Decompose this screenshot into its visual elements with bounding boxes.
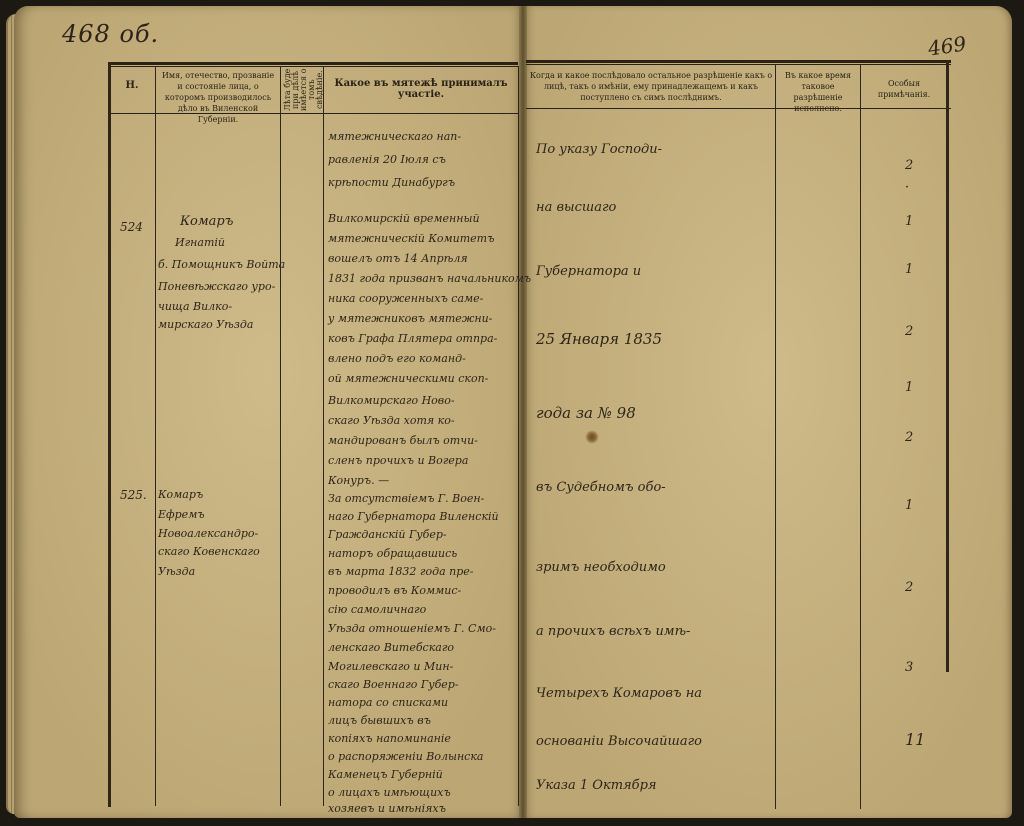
column-divider <box>280 66 281 806</box>
remark-mark: · <box>905 180 909 195</box>
header-top-rule-right <box>526 60 951 63</box>
carryover-line: крѣпости Динабургъ <box>328 176 518 189</box>
participation-line: сію самоличнаго <box>328 603 518 616</box>
column-divider <box>323 66 324 806</box>
resolution-line: зримъ необходимо <box>536 560 666 575</box>
remark-mark: 2 <box>905 324 913 339</box>
ink-stain <box>585 430 599 444</box>
entry-number: 524 <box>120 220 143 234</box>
participation-line: натора со списками <box>328 696 518 709</box>
participation-line: мандированъ былъ отчи- <box>328 434 518 447</box>
entry-name-line: чища Вилко- <box>158 300 232 313</box>
participation-line: у мятежниковъ мятежни- <box>328 312 518 325</box>
entry-name-line: Ефремъ <box>158 508 205 521</box>
entry-name-line: мирскаго Уѣзда <box>158 318 253 331</box>
remark-mark: 1 <box>905 262 913 277</box>
table-border-left <box>108 62 111 807</box>
header-bottom-rule-right <box>526 108 951 109</box>
participation-line: въ марта 1832 года пре- <box>328 565 518 578</box>
header-age: Лѣта буде при дѣлѣ имѣется о томъ свѣдѣн… <box>284 68 320 112</box>
entry-name-line: Комаръ <box>158 488 203 501</box>
remark-mark: 1 <box>905 498 913 513</box>
entry-name-line: скаго Ковенскаго <box>158 545 260 558</box>
participation-line: лицъ бывшихъ въ <box>328 714 518 727</box>
open-ledger-book: 468 об. 469 Н. Имя, отечество, прозваніе… <box>0 0 1024 826</box>
remark-mark: 1 <box>905 380 913 395</box>
participation-line: вошелъ отъ 14 Апрѣля <box>328 252 518 265</box>
participation-line: Вилкомирскаго Ново- <box>328 394 518 407</box>
participation-line: хозяевъ и имѣніяхъ <box>328 802 518 815</box>
participation-line: Уѣзда отношеніемъ Г. Смо- <box>328 622 518 635</box>
remark-mark: 2 <box>905 430 913 445</box>
remark-mark: 2 <box>905 580 913 595</box>
remark-mark: 3 <box>905 660 913 675</box>
column-divider <box>518 66 519 806</box>
participation-line: Могилевскаго и Мин- <box>328 660 518 673</box>
participation-line: Каменецъ Губерній <box>328 768 518 781</box>
participation-line: Гражданскій Губер- <box>328 528 518 541</box>
entry-name-line: Новоалександро- <box>158 527 258 540</box>
resolution-line: на высшаго <box>536 200 616 215</box>
entry-name-line: б. Помощникъ Войта <box>158 258 285 271</box>
entry-name-line: Комаръ <box>180 214 233 229</box>
participation-line: скаго Уѣзда хотя ко- <box>328 414 518 427</box>
participation-line: влено подъ его команд- <box>328 352 518 365</box>
header-participation: Какое въ мятежѣ принималъ участіе. <box>326 78 516 100</box>
resolution-line: Четырехъ Комаровъ на <box>536 686 702 701</box>
remark-mark: 11 <box>905 730 925 749</box>
header-number: Н. <box>110 80 154 91</box>
participation-line: За отсутствіемъ Г. Воен- <box>328 492 518 505</box>
header-top-rule-left <box>108 62 518 65</box>
participation-line: о лицахъ имѣющихъ <box>328 786 518 799</box>
participation-line: наго Губернатора Виленскій <box>328 510 518 523</box>
book-spine <box>519 6 527 818</box>
resolution-line: а прочихъ всѣхъ имѣ- <box>536 624 690 639</box>
resolution-line: года за № 98 <box>536 404 636 422</box>
column-divider <box>155 66 156 806</box>
participation-line: наторъ обращавшись <box>328 547 518 560</box>
entry-name-line: Игнатій <box>175 236 225 249</box>
participation-line: копіяхъ напоминаніе <box>328 732 518 745</box>
resolution-line: Губернатора и <box>536 264 641 279</box>
header-resolution: Когда и какое послѣдовало остальное разр… <box>528 70 774 103</box>
participation-line: проводилъ въ Коммис- <box>328 584 518 597</box>
header-name: Имя, отечество, прозваніе и состояніе ли… <box>158 70 278 125</box>
participation-line: ой мятежническими скоп- <box>328 372 518 385</box>
participation-line: Конуръ. — <box>328 474 518 487</box>
entry-name-line: Уѣзда <box>158 565 195 578</box>
participation-line: ленскаго Витебскаго <box>328 641 518 654</box>
table-border-right <box>946 60 949 672</box>
carryover-line: мятежническаго нап- <box>328 130 518 143</box>
resolution-line: Указа 1 Октября <box>536 778 657 793</box>
column-divider <box>775 64 776 809</box>
participation-line: ковъ Графа Плятера отпра- <box>328 332 518 345</box>
resolution-line: По указу Господи- <box>536 142 662 157</box>
entry-number: 525. <box>120 488 147 502</box>
participation-line: ника сооруженныхъ саме- <box>328 292 518 305</box>
entry-name-line: Поневѣжскаго уро- <box>158 280 275 293</box>
resolution-line: въ Судебномъ обо- <box>536 480 666 495</box>
column-divider <box>860 64 861 809</box>
header-top-rule-right-thin <box>526 64 951 65</box>
header-remarks: Особыя примѣчанія. <box>862 78 946 100</box>
header-executed: Въ какое время таковое разрѣшеніе исполн… <box>777 70 859 114</box>
resolution-line: 25 Января 1835 <box>536 330 662 348</box>
remark-mark: 2 <box>905 158 913 173</box>
participation-line: о распоряженіи Волынска <box>328 750 518 763</box>
participation-line: скаго Военнаго Губер- <box>328 678 518 691</box>
participation-line: мятежническій Комитетъ <box>328 232 518 245</box>
remark-mark: 1 <box>905 214 913 229</box>
participation-line: сленъ прочихъ и Вогера <box>328 454 518 467</box>
participation-line: Вилкомирскій временный <box>328 212 518 225</box>
resolution-line: основаніи Высочайшаго <box>536 734 702 749</box>
carryover-line: равленія 20 Іюля съ <box>328 153 518 166</box>
folio-number-left: 468 об. <box>62 20 159 48</box>
header-top-rule-left-thin <box>108 66 518 67</box>
participation-line: 1831 года призванъ начальникомъ <box>328 272 518 285</box>
